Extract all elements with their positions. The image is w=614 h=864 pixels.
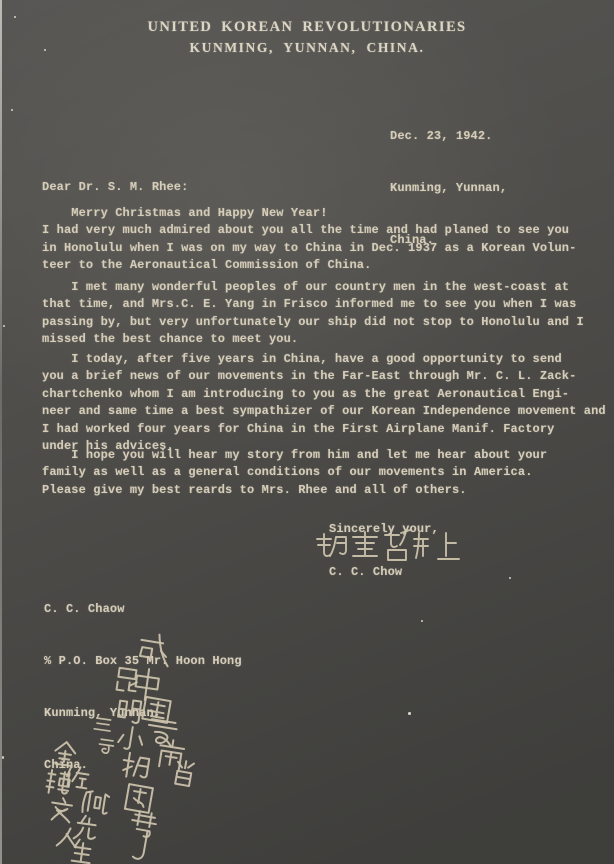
dust-speck (408, 712, 411, 715)
dust-speck (509, 577, 511, 579)
dust-speck (421, 620, 423, 622)
dateline-city: Kunming, Yunnan, (390, 180, 507, 197)
dust-speck (11, 109, 13, 111)
body-paragraph-2: I met many wonderful peoples of our coun… (42, 279, 584, 349)
salutation: Dear Dr. S. M. Rhee: (42, 179, 188, 196)
body-paragraph-3: I today, after five years in China, have… (42, 351, 606, 455)
dust-speck (44, 49, 46, 51)
dust-speck (3, 325, 5, 327)
letterhead: UNITED KOREAN REVOLUTIONARIES KUNMING, Y… (0, 19, 614, 56)
dust-speck (2, 756, 4, 759)
body-paragraph-4: I hope you will hear my story from him a… (42, 447, 547, 499)
letterhead-organization: UNITED KOREAN REVOLUTIONARIES (0, 19, 614, 36)
dust-speck (14, 16, 16, 18)
body-paragraph-1: Merry Christmas and Happy New Year! I ha… (42, 205, 576, 275)
handwritten-address-note (26, 626, 218, 864)
letterhead-location: KUNMING, YUNNAN, CHINA. (0, 40, 614, 56)
closing-typed-name: C. C. Chow (329, 564, 402, 581)
handwritten-signature (313, 528, 461, 566)
letter-photograph: UNITED KOREAN REVOLUTIONARIES KUNMING, Y… (0, 0, 614, 864)
sender-name: C. C. Chaow (44, 601, 242, 618)
dateline-date: Dec. 23, 1942. (390, 128, 507, 145)
